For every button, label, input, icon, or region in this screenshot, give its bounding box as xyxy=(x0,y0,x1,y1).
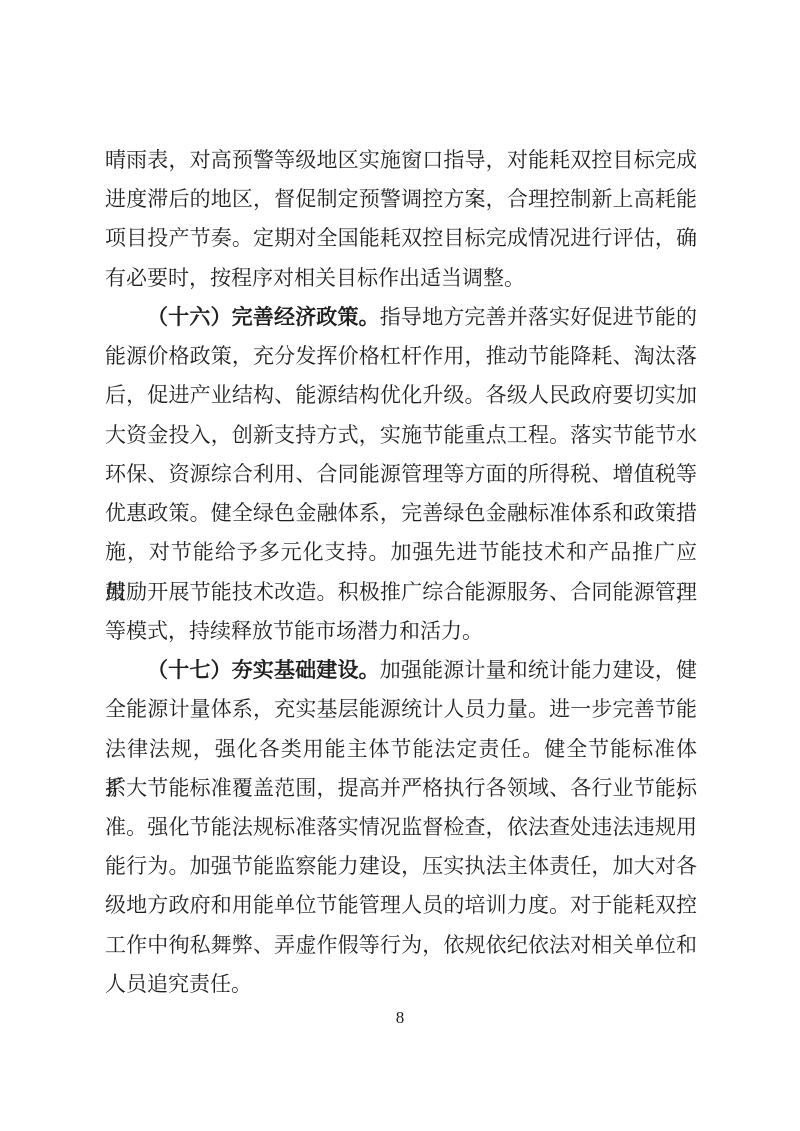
text-line: 准。强化节能法规标准落实情况监督检查，依法查处违法违规用 xyxy=(105,808,697,847)
text-line: 能行为。加强节能监察能力建设，压实执法主体责任，加大对各 xyxy=(105,847,697,886)
section-17-heading: （十七）夯实基础建设。 xyxy=(147,658,380,682)
text-line: 项目投产节奏。定期对全国能耗双控目标完成情况进行评估，确 xyxy=(105,219,697,258)
text-line: 级地方政府和用能单位节能管理人员的培训力度。对于能耗双控 xyxy=(105,886,697,925)
document-body: 晴雨表，对高预警等级地区实施窗口指导，对能耗双控目标完成 进度滞后的地区，督促制… xyxy=(105,141,697,1004)
text-line: 优惠政策。健全绿色金融体系，完善绿色金融标准体系和政策措 xyxy=(105,494,697,533)
text-line: （十六）完善经济政策。指导地方完善并落实好促进节能的 xyxy=(105,298,697,337)
section-16-heading: （十六）完善经济政策。 xyxy=(147,305,380,329)
text-line: 能源价格政策，充分发挥价格杠杆作用，推动节能降耗、淘汰落 xyxy=(105,337,697,376)
paragraph-section-16: （十六）完善经济政策。指导地方完善并落实好促进节能的 能源价格政策，充分发挥价格… xyxy=(105,298,697,651)
section-16-first-line-text: 指导地方完善并落实好促进节能的 xyxy=(380,305,697,329)
text-line: 人员追究责任。 xyxy=(105,965,697,1004)
text-line: 施，对节能给予多元化支持。加强先进节能技术和产品推广应用， xyxy=(105,533,697,572)
paragraph-section-17: （十七）夯实基础建设。加强能源计量和统计能力建设，健 全能源计量体系，充实基层能… xyxy=(105,651,697,1004)
text-line: 等模式，持续释放节能市场潜力和活力。 xyxy=(105,612,697,651)
text-line: 工作中徇私舞弊、弄虚作假等行为，依规依纪依法对相关单位和 xyxy=(105,926,697,965)
page-number: 8 xyxy=(0,1006,800,1030)
text-line: 有必要时，按程序对相关目标作出适当调整。 xyxy=(105,259,697,298)
text-line: 法律法规，强化各类用能主体节能法定责任。健全节能标准体系， xyxy=(105,730,697,769)
text-line: 扩大节能标准覆盖范围，提高并严格执行各领域、各行业节能标 xyxy=(105,769,697,808)
text-line: 鼓励开展节能技术改造。积极推广综合能源服务、合同能源管理 xyxy=(105,573,697,612)
text-line: 大资金投入，创新支持方式，实施节能重点工程。落实节能节水 xyxy=(105,416,697,455)
paragraph-continuation: 晴雨表，对高预警等级地区实施窗口指导，对能耗双控目标完成 进度滞后的地区，督促制… xyxy=(105,141,697,298)
document-page: 晴雨表，对高预警等级地区实施窗口指导，对能耗双控目标完成 进度滞后的地区，督促制… xyxy=(0,0,800,1131)
text-line: （十七）夯实基础建设。加强能源计量和统计能力建设，健 xyxy=(105,651,697,690)
text-line: 晴雨表，对高预警等级地区实施窗口指导，对能耗双控目标完成 xyxy=(105,141,697,180)
text-line: 后，促进产业结构、能源结构优化升级。各级人民政府要切实加 xyxy=(105,376,697,415)
text-line: 全能源计量体系，充实基层能源统计人员力量。进一步完善节能 xyxy=(105,690,697,729)
section-17-first-line-text: 加强能源计量和统计能力建设，健 xyxy=(380,658,697,682)
text-line: 进度滞后的地区，督促制定预警调控方案，合理控制新上高耗能 xyxy=(105,180,697,219)
text-line: 环保、资源综合利用、合同能源管理等方面的所得税、增值税等 xyxy=(105,455,697,494)
